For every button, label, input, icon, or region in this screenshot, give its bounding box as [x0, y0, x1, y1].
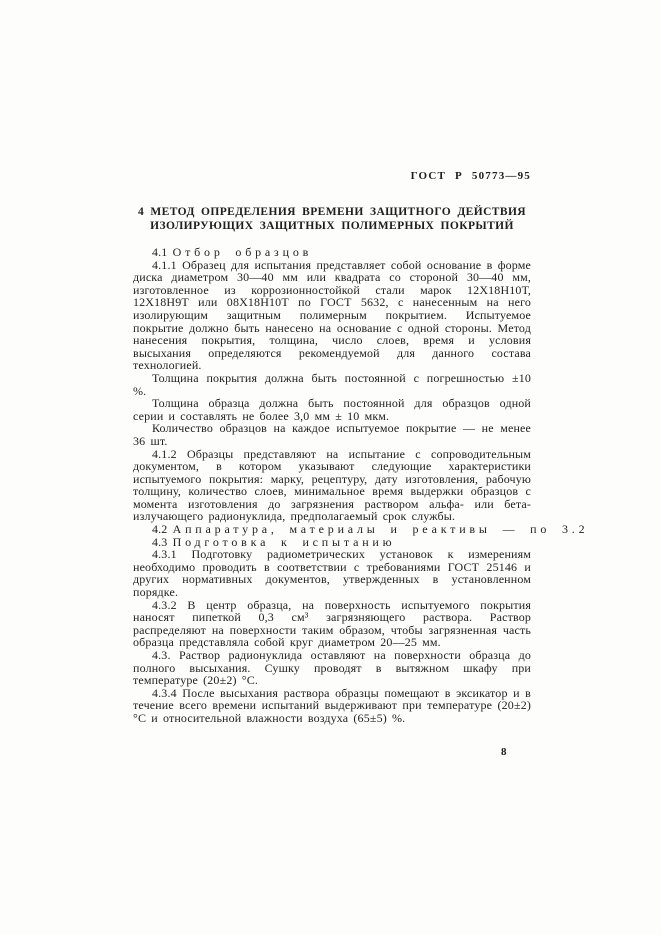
section-title: 4 МЕТОД ОПРЕДЕЛЕНИЯ ВРЕМЕНИ ЗАЩИТНОГО ДЕ… [133, 206, 531, 233]
paragraph-4-3-3: 4.3. Раствор радионуклида оставляют на п… [133, 649, 531, 687]
document-page: ГОСТ Р 50773—95 4 МЕТОД ОПРЕДЕЛЕНИЯ ВРЕМ… [0, 0, 661, 935]
subsection-heading-4-1: 4.1 Отбор образцов [133, 246, 531, 259]
page-number: 8 [501, 746, 507, 758]
paragraph-4-3-1: 4.3.1 Подготовку радиометрических устано… [133, 548, 531, 598]
paragraph-coating-thickness: Толщина покрытия должна быть постоянной … [133, 372, 531, 397]
paragraph-sample-count: Количество образцов на каждое испытуемое… [133, 422, 531, 447]
section-title-line-1: 4 МЕТОД ОПРЕДЕЛЕНИЯ ВРЕМЕНИ ЗАЩИТНОГО ДЕ… [133, 206, 531, 220]
paragraph-4-1-1: 4.1.1 Образец для испытания представляет… [133, 259, 531, 372]
section-title-line-2: ИЗОЛИРУЮЩИХ ЗАЩИТНЫХ ПОЛИМЕРНЫХ ПОКРЫТИЙ [133, 220, 531, 234]
standard-designation: ГОСТ Р 50773—95 [411, 170, 531, 182]
subsection-number: 4.1 [152, 245, 167, 259]
subsection-label: Отбор образцов [173, 245, 312, 259]
paragraph-sample-thickness: Толщина образца должна быть постоянной д… [133, 397, 531, 422]
paragraph-4-3-4: 4.3.4 После высыхания раствора образцы п… [133, 687, 531, 725]
paragraph-4-1-2: 4.1.2 Образцы представляют на испытание … [133, 448, 531, 524]
body-text: 4.1 Отбор образцов 4.1.1 Образец для исп… [133, 246, 531, 725]
paragraph-4-3-2: 4.3.2 В центр образца, на поверхность ис… [133, 599, 531, 649]
